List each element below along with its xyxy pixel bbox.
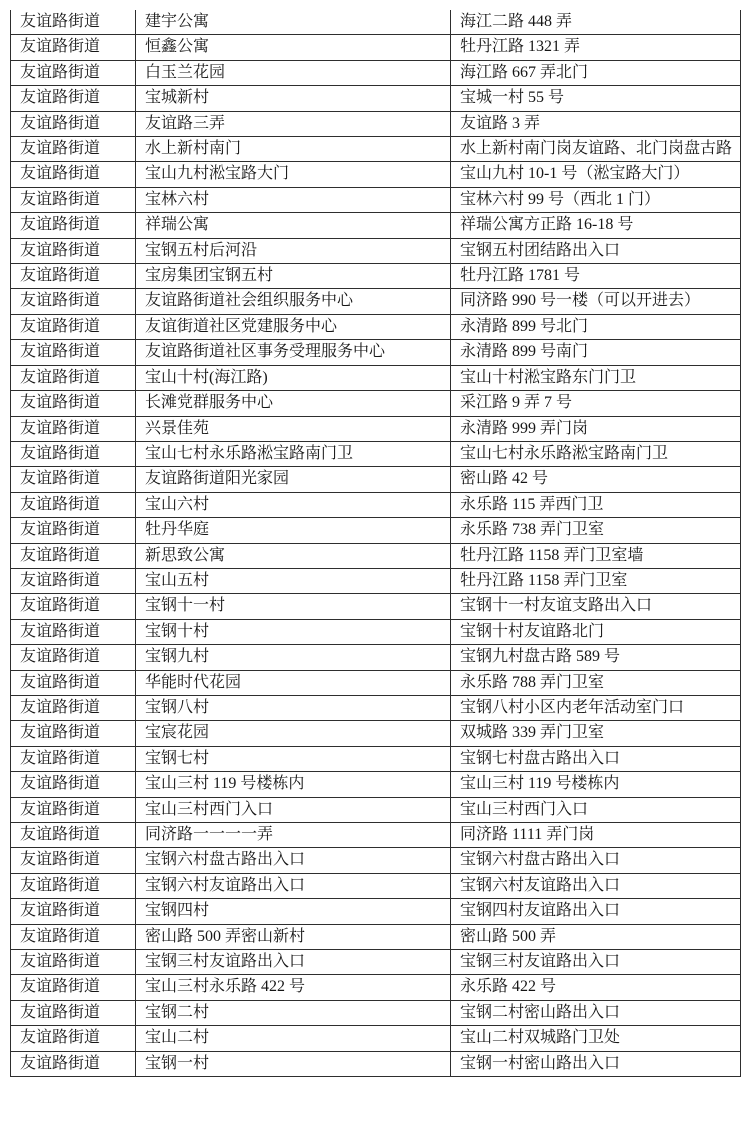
name-cell: 宝山三村 119 号楼栋内: [136, 772, 451, 797]
table-row: 友谊路街道宝钢三村友谊路出入口宝钢三村友谊路出入口: [11, 950, 741, 975]
table-row: 友谊路街道宝山三村西门入口宝山三村西门入口: [11, 797, 741, 822]
table-row: 友谊路街道宝钢七村宝钢七村盘古路出入口: [11, 746, 741, 771]
name-cell: 长滩党群服务中心: [136, 391, 451, 416]
name-cell: 宝钢七村: [136, 746, 451, 771]
street-cell: 友谊路街道: [11, 86, 136, 111]
street-cell: 友谊路街道: [11, 1051, 136, 1076]
address-cell: 宝钢十村友谊路北门: [451, 619, 741, 644]
name-cell: 同济路一一一一弄: [136, 823, 451, 848]
table-row: 友谊路街道宝林六村宝林六村 99 号（西北 1 门）: [11, 187, 741, 212]
street-cell: 友谊路街道: [11, 111, 136, 136]
address-table: 友谊路街道建宇公寓海江二路 448 弄友谊路街道恒鑫公寓牡丹江路 1321 弄友…: [10, 10, 741, 1077]
name-cell: 白玉兰花园: [136, 60, 451, 85]
street-cell: 友谊路街道: [11, 416, 136, 441]
street-cell: 友谊路街道: [11, 289, 136, 314]
table-row: 友谊路街道宝钢五村后河沿宝钢五村团结路出入口: [11, 238, 741, 263]
street-cell: 友谊路街道: [11, 518, 136, 543]
name-cell: 宝山九村淞宝路大门: [136, 162, 451, 187]
name-cell: 友谊路街道社区事务受理服务中心: [136, 340, 451, 365]
name-cell: 宝山三村永乐路 422 号: [136, 975, 451, 1000]
address-cell: 海江二路 448 弄: [451, 10, 741, 35]
name-cell: 宝钢五村后河沿: [136, 238, 451, 263]
street-cell: 友谊路街道: [11, 10, 136, 35]
street-cell: 友谊路街道: [11, 594, 136, 619]
address-cell: 祥瑞公寓方正路 16-18 号: [451, 213, 741, 238]
name-cell: 宝山三村西门入口: [136, 797, 451, 822]
address-cell: 牡丹江路 1158 弄门卫室: [451, 568, 741, 593]
table-row: 友谊路街道宝山九村淞宝路大门宝山九村 10-1 号（淞宝路大门）: [11, 162, 741, 187]
address-cell: 永清路 999 弄门岗: [451, 416, 741, 441]
table-row: 友谊路街道宝钢四村宝钢四村友谊路出入口: [11, 899, 741, 924]
street-cell: 友谊路街道: [11, 950, 136, 975]
name-cell: 宝钢一村: [136, 1051, 451, 1076]
table-row: 友谊路街道宝城新村宝城一村 55 号: [11, 86, 741, 111]
street-cell: 友谊路街道: [11, 365, 136, 390]
table-row: 友谊路街道祥瑞公寓祥瑞公寓方正路 16-18 号: [11, 213, 741, 238]
table-row: 友谊路街道牡丹华庭永乐路 738 弄门卫室: [11, 518, 741, 543]
address-cell: 友谊路 3 弄: [451, 111, 741, 136]
table-row: 友谊路街道宝山六村永乐路 115 弄西门卫: [11, 492, 741, 517]
name-cell: 友谊路街道社会组织服务中心: [136, 289, 451, 314]
table-row: 友谊路街道友谊路街道阳光家园密山路 42 号: [11, 467, 741, 492]
address-cell: 海江路 667 弄北门: [451, 60, 741, 85]
name-cell: 宝钢二村: [136, 1000, 451, 1025]
table-row: 友谊路街道宝山三村永乐路 422 号永乐路 422 号: [11, 975, 741, 1000]
table-row: 友谊路街道宝山十村(海江路)宝山十村淞宝路东门门卫: [11, 365, 741, 390]
name-cell: 宝钢六村友谊路出入口: [136, 873, 451, 898]
table-row: 友谊路街道宝钢一村宝钢一村密山路出入口: [11, 1051, 741, 1076]
street-cell: 友谊路街道: [11, 670, 136, 695]
name-cell: 友谊路三弄: [136, 111, 451, 136]
address-cell: 双城路 339 弄门卫室: [451, 721, 741, 746]
address-cell: 宝山九村 10-1 号（淞宝路大门）: [451, 162, 741, 187]
street-cell: 友谊路街道: [11, 1026, 136, 1051]
address-cell: 牡丹江路 1321 弄: [451, 35, 741, 60]
table-row: 友谊路街道宝钢六村盘古路出入口宝钢六村盘古路出入口: [11, 848, 741, 873]
table-row: 友谊路街道宝宸花园双城路 339 弄门卫室: [11, 721, 741, 746]
table-row: 友谊路街道宝山七村永乐路淞宝路南门卫宝山七村永乐路淞宝路南门卫: [11, 441, 741, 466]
table-row: 友谊路街道宝钢六村友谊路出入口宝钢六村友谊路出入口: [11, 873, 741, 898]
name-cell: 宝房集团宝钢五村: [136, 264, 451, 289]
address-cell: 宝钢十一村友谊支路出入口: [451, 594, 741, 619]
street-cell: 友谊路街道: [11, 924, 136, 949]
name-cell: 宝山六村: [136, 492, 451, 517]
table-row: 友谊路街道宝钢九村宝钢九村盘古路 589 号: [11, 645, 741, 670]
address-cell: 宝钢二村密山路出入口: [451, 1000, 741, 1025]
table-row: 友谊路街道友谊路街道社区事务受理服务中心永清路 899 号南门: [11, 340, 741, 365]
address-cell: 宝钢四村友谊路出入口: [451, 899, 741, 924]
name-cell: 宝山七村永乐路淞宝路南门卫: [136, 441, 451, 466]
table-row: 友谊路街道宝房集团宝钢五村牡丹江路 1781 号: [11, 264, 741, 289]
street-cell: 友谊路街道: [11, 899, 136, 924]
address-cell: 宝钢六村友谊路出入口: [451, 873, 741, 898]
address-cell: 水上新村南门岗友谊路、北门岗盘古路: [451, 137, 741, 162]
address-cell: 同济路 1111 弄门岗: [451, 823, 741, 848]
address-cell: 宝城一村 55 号: [451, 86, 741, 111]
street-cell: 友谊路街道: [11, 264, 136, 289]
table-row: 友谊路街道建宇公寓海江二路 448 弄: [11, 10, 741, 35]
address-cell: 宝钢八村小区内老年活动室门口: [451, 695, 741, 720]
name-cell: 恒鑫公寓: [136, 35, 451, 60]
table-row: 友谊路街道新思致公寓牡丹江路 1158 弄门卫室墙: [11, 543, 741, 568]
table-row: 友谊路街道宝钢十村宝钢十村友谊路北门: [11, 619, 741, 644]
address-cell: 牡丹江路 1158 弄门卫室墙: [451, 543, 741, 568]
street-cell: 友谊路街道: [11, 695, 136, 720]
street-cell: 友谊路街道: [11, 797, 136, 822]
table-row: 友谊路街道宝钢八村宝钢八村小区内老年活动室门口: [11, 695, 741, 720]
table-row: 友谊路街道密山路 500 弄密山新村密山路 500 弄: [11, 924, 741, 949]
street-cell: 友谊路街道: [11, 1000, 136, 1025]
address-cell: 宝山十村淞宝路东门门卫: [451, 365, 741, 390]
address-cell: 永乐路 422 号: [451, 975, 741, 1000]
table-row: 友谊路街道友谊路街道社会组织服务中心同济路 990 号一楼（可以开进去）: [11, 289, 741, 314]
table-row: 友谊路街道水上新村南门水上新村南门岗友谊路、北门岗盘古路: [11, 137, 741, 162]
street-cell: 友谊路街道: [11, 823, 136, 848]
street-cell: 友谊路街道: [11, 187, 136, 212]
address-cell: 密山路 42 号: [451, 467, 741, 492]
name-cell: 水上新村南门: [136, 137, 451, 162]
street-cell: 友谊路街道: [11, 543, 136, 568]
address-cell: 宝林六村 99 号（西北 1 门）: [451, 187, 741, 212]
address-cell: 永乐路 738 弄门卫室: [451, 518, 741, 543]
street-cell: 友谊路街道: [11, 848, 136, 873]
name-cell: 宝山五村: [136, 568, 451, 593]
address-cell: 同济路 990 号一楼（可以开进去）: [451, 289, 741, 314]
street-cell: 友谊路街道: [11, 873, 136, 898]
name-cell: 华能时代花园: [136, 670, 451, 695]
address-cell: 宝山三村西门入口: [451, 797, 741, 822]
street-cell: 友谊路街道: [11, 975, 136, 1000]
table-row: 友谊路街道恒鑫公寓牡丹江路 1321 弄: [11, 35, 741, 60]
street-cell: 友谊路街道: [11, 35, 136, 60]
table-row: 友谊路街道华能时代花园永乐路 788 弄门卫室: [11, 670, 741, 695]
street-cell: 友谊路街道: [11, 162, 136, 187]
table-row: 友谊路街道宝钢二村宝钢二村密山路出入口: [11, 1000, 741, 1025]
table-row: 友谊路街道宝钢十一村宝钢十一村友谊支路出入口: [11, 594, 741, 619]
street-cell: 友谊路街道: [11, 645, 136, 670]
address-table-body: 友谊路街道建宇公寓海江二路 448 弄友谊路街道恒鑫公寓牡丹江路 1321 弄友…: [11, 10, 741, 1077]
address-cell: 宝山二村双城路门卫处: [451, 1026, 741, 1051]
address-cell: 宝山三村 119 号楼栋内: [451, 772, 741, 797]
table-row: 友谊路街道友谊路三弄友谊路 3 弄: [11, 111, 741, 136]
name-cell: 兴景佳苑: [136, 416, 451, 441]
name-cell: 宝城新村: [136, 86, 451, 111]
street-cell: 友谊路街道: [11, 60, 136, 85]
street-cell: 友谊路街道: [11, 238, 136, 263]
name-cell: 友谊街道社区党建服务中心: [136, 314, 451, 339]
street-cell: 友谊路街道: [11, 137, 136, 162]
address-cell: 密山路 500 弄: [451, 924, 741, 949]
table-row: 友谊路街道长滩党群服务中心采江路 9 弄 7 号: [11, 391, 741, 416]
address-cell: 宝钢九村盘古路 589 号: [451, 645, 741, 670]
name-cell: 宝宸花园: [136, 721, 451, 746]
street-cell: 友谊路街道: [11, 467, 136, 492]
street-cell: 友谊路街道: [11, 213, 136, 238]
address-cell: 宝钢六村盘古路出入口: [451, 848, 741, 873]
name-cell: 祥瑞公寓: [136, 213, 451, 238]
street-cell: 友谊路街道: [11, 391, 136, 416]
street-cell: 友谊路街道: [11, 441, 136, 466]
street-cell: 友谊路街道: [11, 568, 136, 593]
name-cell: 密山路 500 弄密山新村: [136, 924, 451, 949]
address-cell: 宝山七村永乐路淞宝路南门卫: [451, 441, 741, 466]
address-cell: 宝钢五村团结路出入口: [451, 238, 741, 263]
table-row: 友谊路街道宝山五村牡丹江路 1158 弄门卫室: [11, 568, 741, 593]
street-cell: 友谊路街道: [11, 619, 136, 644]
address-cell: 永清路 899 号北门: [451, 314, 741, 339]
address-cell: 宝钢一村密山路出入口: [451, 1051, 741, 1076]
table-row: 友谊路街道兴景佳苑永清路 999 弄门岗: [11, 416, 741, 441]
table-row: 友谊路街道宝山二村宝山二村双城路门卫处: [11, 1026, 741, 1051]
name-cell: 建宇公寓: [136, 10, 451, 35]
street-cell: 友谊路街道: [11, 492, 136, 517]
name-cell: 宝钢八村: [136, 695, 451, 720]
name-cell: 宝山二村: [136, 1026, 451, 1051]
name-cell: 宝钢六村盘古路出入口: [136, 848, 451, 873]
name-cell: 宝山十村(海江路): [136, 365, 451, 390]
street-cell: 友谊路街道: [11, 340, 136, 365]
name-cell: 友谊路街道阳光家园: [136, 467, 451, 492]
name-cell: 宝林六村: [136, 187, 451, 212]
address-cell: 牡丹江路 1781 号: [451, 264, 741, 289]
name-cell: 宝钢四村: [136, 899, 451, 924]
street-cell: 友谊路街道: [11, 746, 136, 771]
table-row: 友谊路街道友谊街道社区党建服务中心永清路 899 号北门: [11, 314, 741, 339]
address-cell: 永乐路 788 弄门卫室: [451, 670, 741, 695]
name-cell: 牡丹华庭: [136, 518, 451, 543]
name-cell: 宝钢三村友谊路出入口: [136, 950, 451, 975]
address-cell: 永乐路 115 弄西门卫: [451, 492, 741, 517]
table-row: 友谊路街道白玉兰花园海江路 667 弄北门: [11, 60, 741, 85]
street-cell: 友谊路街道: [11, 314, 136, 339]
street-cell: 友谊路街道: [11, 721, 136, 746]
table-row: 友谊路街道宝山三村 119 号楼栋内宝山三村 119 号楼栋内: [11, 772, 741, 797]
name-cell: 宝钢九村: [136, 645, 451, 670]
address-cell: 宝钢七村盘古路出入口: [451, 746, 741, 771]
street-cell: 友谊路街道: [11, 772, 136, 797]
table-row: 友谊路街道同济路一一一一弄同济路 1111 弄门岗: [11, 823, 741, 848]
name-cell: 宝钢十一村: [136, 594, 451, 619]
name-cell: 新思致公寓: [136, 543, 451, 568]
address-cell: 宝钢三村友谊路出入口: [451, 950, 741, 975]
address-cell: 采江路 9 弄 7 号: [451, 391, 741, 416]
address-cell: 永清路 899 号南门: [451, 340, 741, 365]
name-cell: 宝钢十村: [136, 619, 451, 644]
